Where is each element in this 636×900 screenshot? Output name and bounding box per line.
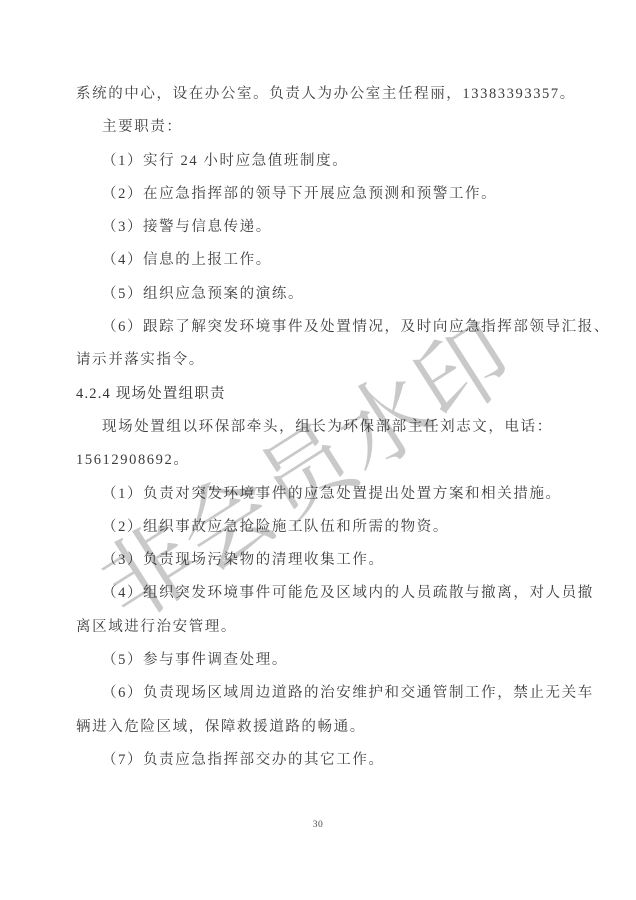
text-line: 离区域进行治安管理。: [76, 611, 596, 644]
text-line: （2）组织事故应急抢险施工队伍和所需的物资。: [76, 511, 596, 544]
text-line: （2）在应急指挥部的领导下开展应急预测和预警工作。: [76, 178, 596, 211]
text-line: 主要职责：: [76, 111, 596, 144]
text-line: 15612908692。: [76, 444, 596, 477]
document-body: 系统的中心，设在办公室。负责人为办公室主任程丽，13383393357。主要职责…: [76, 78, 596, 777]
section-heading: 4.2.4 现场处置组职责: [76, 378, 596, 411]
text-line: （1）负责对突发环境事件的应急处置提出处置方案和相关措施。: [76, 478, 596, 511]
text-line: 现场处置组以环保部牵头，组长为环保部部主任刘志文，电话：: [76, 411, 596, 444]
text-line: （5）组织应急预案的演练。: [76, 278, 596, 311]
text-line: （4）信息的上报工作。: [76, 244, 596, 277]
text-line: （6）负责现场区域周边道路的治安维护和交通管制工作，禁止无关车: [76, 677, 596, 710]
text-line: （1）实行 24 小时应急值班制度。: [76, 145, 596, 178]
text-line: 请示并落实指令。: [76, 344, 596, 377]
text-line: （4）组织突发环境事件可能危及区域内的人员疏散与撤离，对人员撤: [76, 577, 596, 610]
text-line: （6）跟踪了解突发环境事件及处置情况，及时向应急指挥部领导汇报、: [76, 311, 596, 344]
text-line: （7）负责应急指挥部交办的其它工作。: [76, 744, 596, 777]
text-line: （5）参与事件调查处理。: [76, 644, 596, 677]
text-line: （3）接警与信息传递。: [76, 211, 596, 244]
page-number: 30: [0, 820, 636, 830]
text-line: 辆进入危险区域，保障救援道路的畅通。: [76, 711, 596, 744]
text-line: 系统的中心，设在办公室。负责人为办公室主任程丽，13383393357。: [76, 78, 596, 111]
text-line: （3）负责现场污染物的清理收集工作。: [76, 544, 596, 577]
document-page: 非会员水印 系统的中心，设在办公室。负责人为办公室主任程丽，1338339335…: [0, 0, 636, 900]
